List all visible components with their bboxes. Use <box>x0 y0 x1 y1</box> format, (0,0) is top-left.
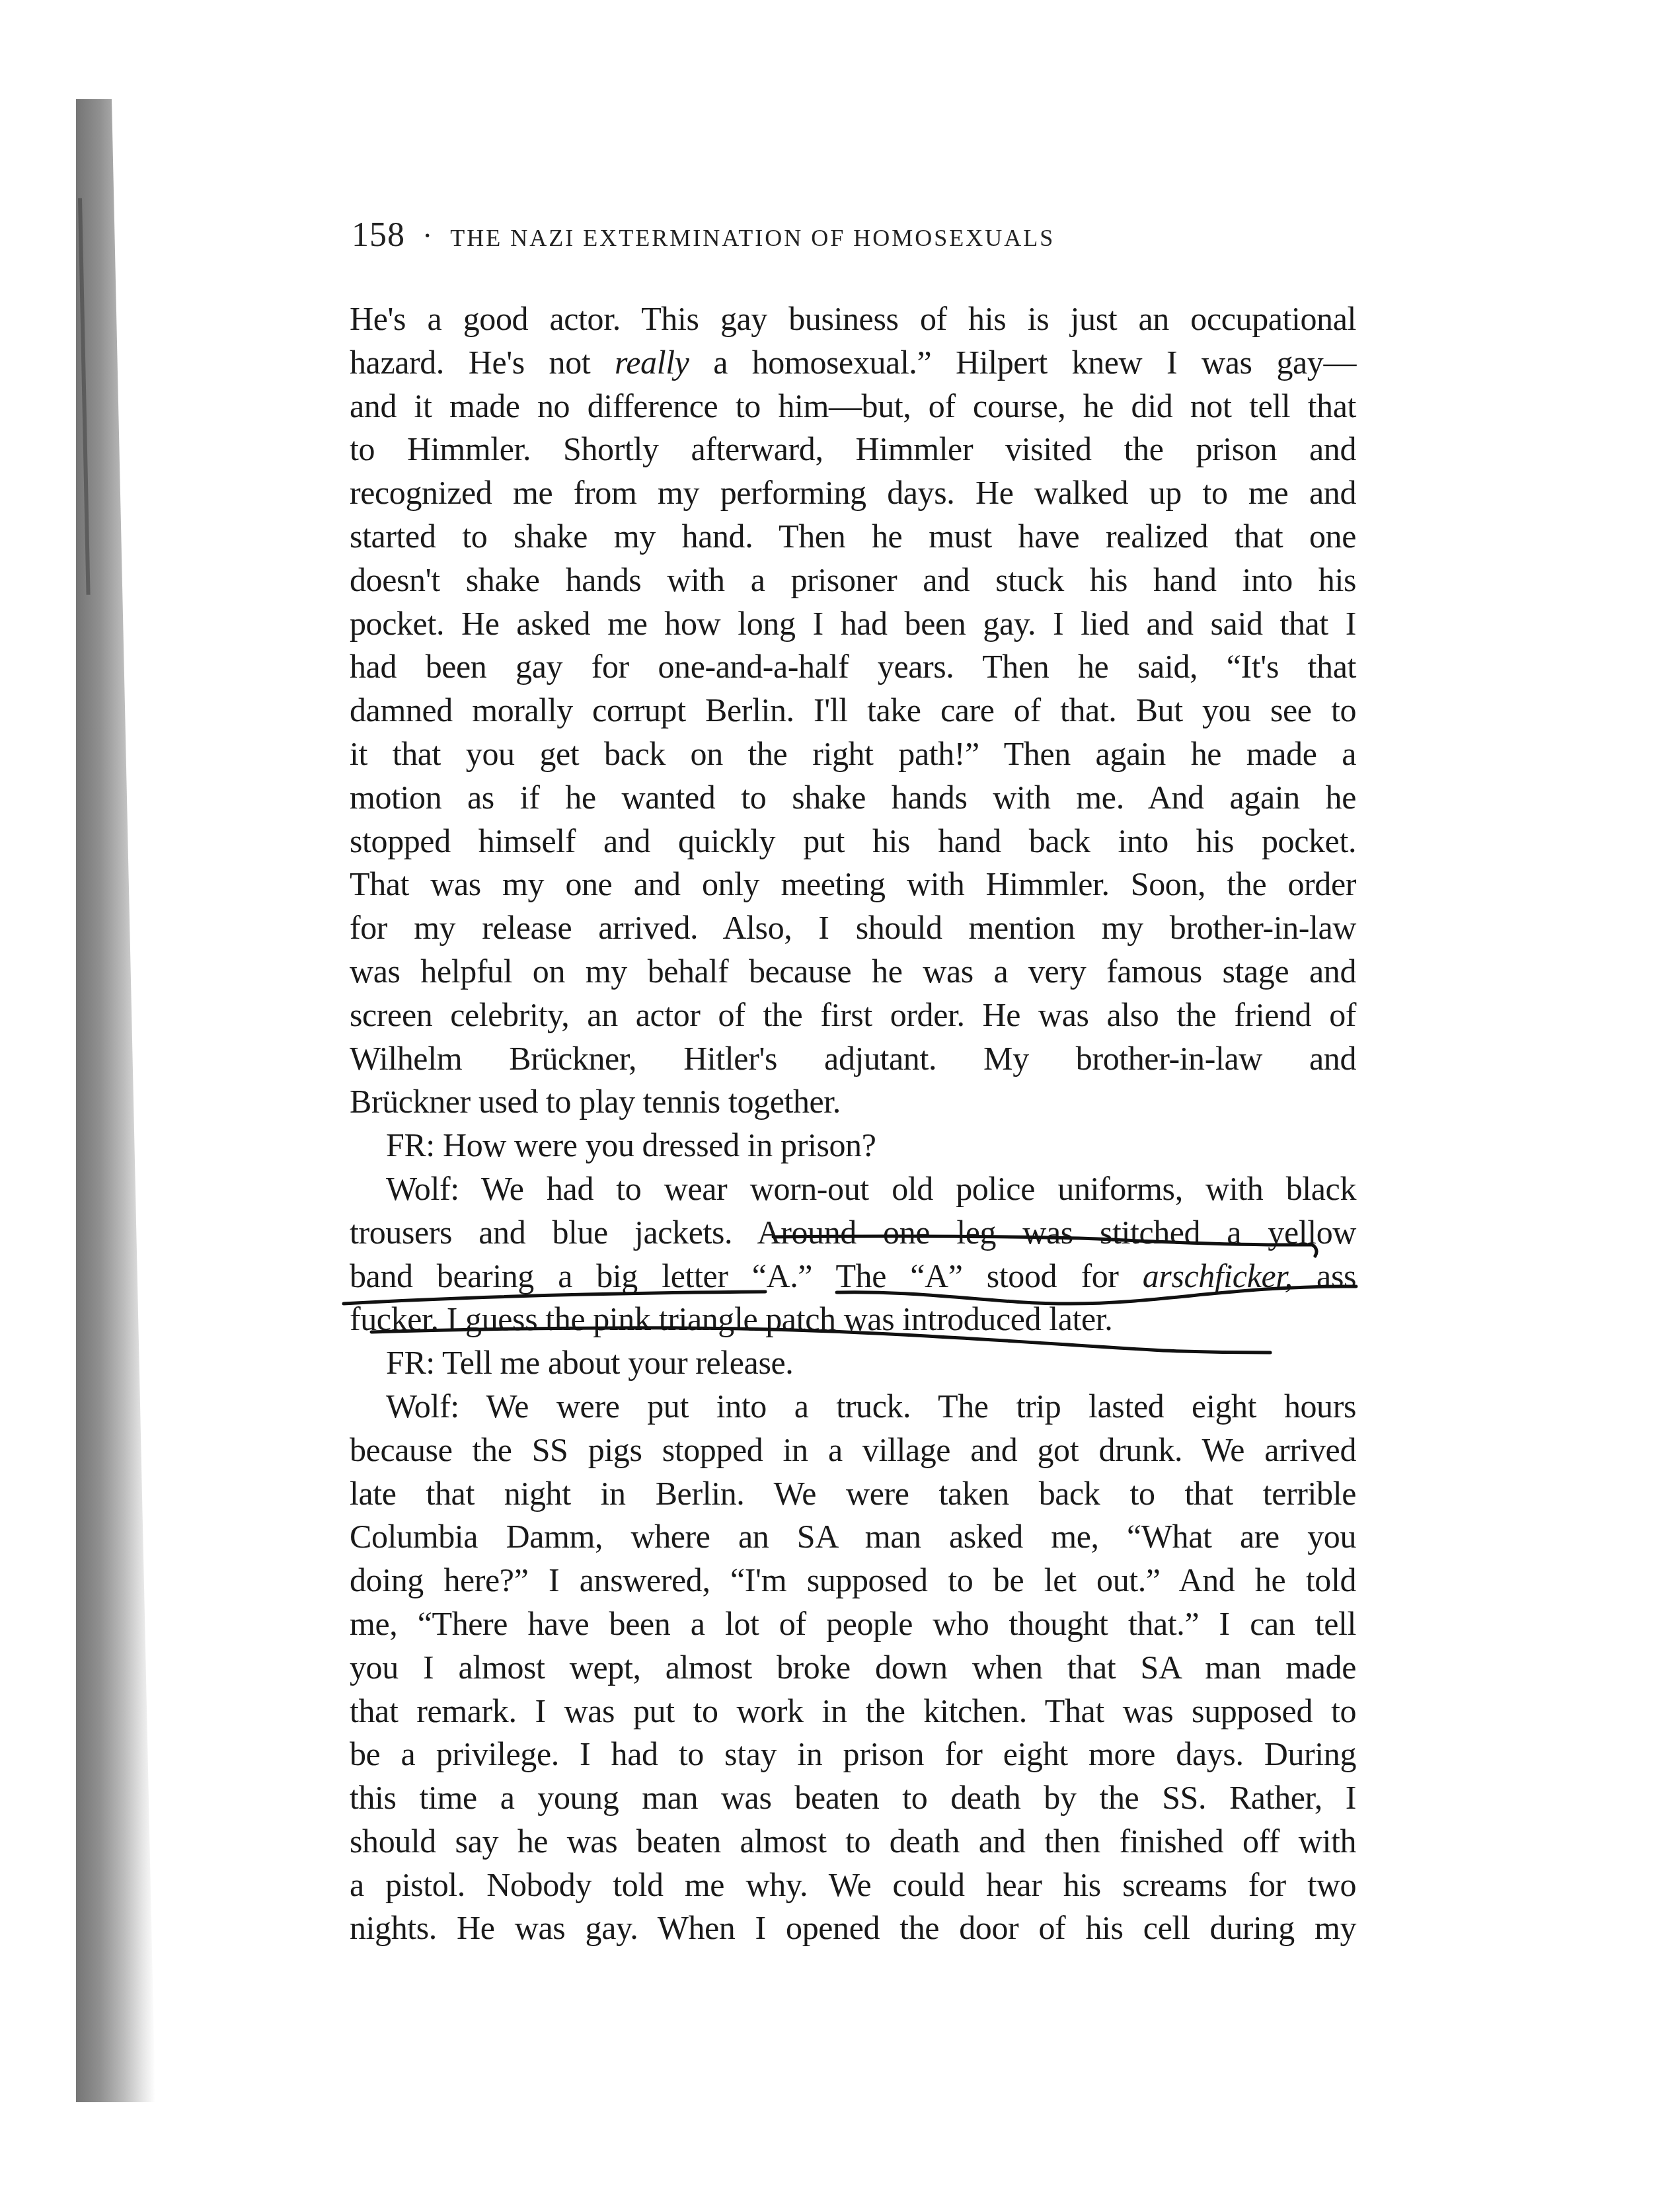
text-line: doing here?” I answered, “I'm supposed t… <box>350 1559 1356 1602</box>
text-line: band bearing a big letter “A.” The “A” s… <box>350 1255 1356 1298</box>
emphasis-really: really <box>615 344 689 381</box>
text-line: screen celebrity, an actor of the first … <box>350 994 1356 1037</box>
text-line: this time a young man was beaten to deat… <box>350 1776 1356 1820</box>
text-line: Brückner used to play tennis together. <box>350 1080 1356 1124</box>
interview-question: FR: Tell me about your release. <box>350 1341 1356 1385</box>
text-line: you I almost wept, almost broke down whe… <box>350 1646 1356 1690</box>
text-span: a homosexual.” Hilpert knew I was gay— <box>689 344 1356 381</box>
book-title: THE NAZI EXTERMINATION OF HOMOSEXUALS <box>450 225 1055 251</box>
text-line: That was my one and only meeting with Hi… <box>350 863 1356 906</box>
text-line: fucker. I guess the pink triangle patch … <box>350 1298 1356 1341</box>
text-line: that remark. I was put to work in the ki… <box>350 1690 1356 1733</box>
text-line: be a privilege. I had to stay in prison … <box>350 1733 1356 1776</box>
text-line: Columbia Damm, where an SA man asked me,… <box>350 1515 1356 1559</box>
interview-answer: Wolf: We were put into a truck. The trip… <box>350 1385 1356 1429</box>
text-line: it that you get back on the right path!”… <box>350 732 1356 776</box>
text-line: should say he was beaten almost to death… <box>350 1820 1356 1864</box>
text-line: was helpful on my behalf because he was … <box>350 950 1356 994</box>
text-line: Wilhelm Brückner, Hitler's adjutant. My … <box>350 1037 1356 1081</box>
text-line: because the SS pigs stopped in a village… <box>350 1429 1356 1472</box>
text-line: and it made no difference to him—but, of… <box>350 385 1356 428</box>
interview-answer: Wolf: We had to wear worn-out old police… <box>350 1167 1356 1211</box>
text-line: started to shake my hand. Then he must h… <box>350 515 1356 559</box>
text-line: pocket. He asked me how long I had been … <box>350 602 1356 646</box>
text-line: for my release arrived. Also, I should m… <box>350 906 1356 950</box>
text-line: damned morally corrupt Berlin. I'll take… <box>350 689 1356 732</box>
text-line: hazard. He's not really a homosexual.” H… <box>350 341 1356 385</box>
text-line: a pistol. Nobody told me why. We could h… <box>350 1864 1356 1907</box>
page-body: He's a good actor. This gay business of … <box>350 297 1356 1950</box>
text-line: had been gay for one-and-a-half years. T… <box>350 645 1356 689</box>
text-line: He's a good actor. This gay business of … <box>350 297 1356 341</box>
text-span: ass <box>1293 1257 1356 1294</box>
interview-question: FR: How were you dressed in prison? <box>350 1124 1356 1167</box>
text-line: to Himmler. Shortly afterward, Himmler v… <box>350 428 1356 471</box>
page-number: 158 <box>352 216 405 254</box>
text-line: motion as if he wanted to shake hands wi… <box>350 776 1356 820</box>
text-line: stopped himself and quickly put his hand… <box>350 820 1356 863</box>
text-span: hazard. He's not <box>350 344 615 381</box>
text-line: nights. He was gay. When I opened the do… <box>350 1907 1356 1950</box>
emphasis-arschficker: arschficker, <box>1143 1257 1293 1294</box>
running-head-separator: · <box>422 219 433 253</box>
running-head: 158·THE NAZI EXTERMINATION OF HOMOSEXUAL… <box>352 216 1055 255</box>
text-line: doesn't shake hands with a prisoner and … <box>350 559 1356 602</box>
text-line: recognized me from my performing days. H… <box>350 471 1356 515</box>
text-span: band bearing a big letter “A.” The “A” s… <box>350 1257 1143 1294</box>
text-line: trousers and blue jackets. Around one le… <box>350 1211 1356 1255</box>
scan-binding-shadow <box>76 99 155 2102</box>
text-line: late that night in Berlin. We were taken… <box>350 1472 1356 1516</box>
text-line: me, “There have been a lot of people who… <box>350 1602 1356 1646</box>
